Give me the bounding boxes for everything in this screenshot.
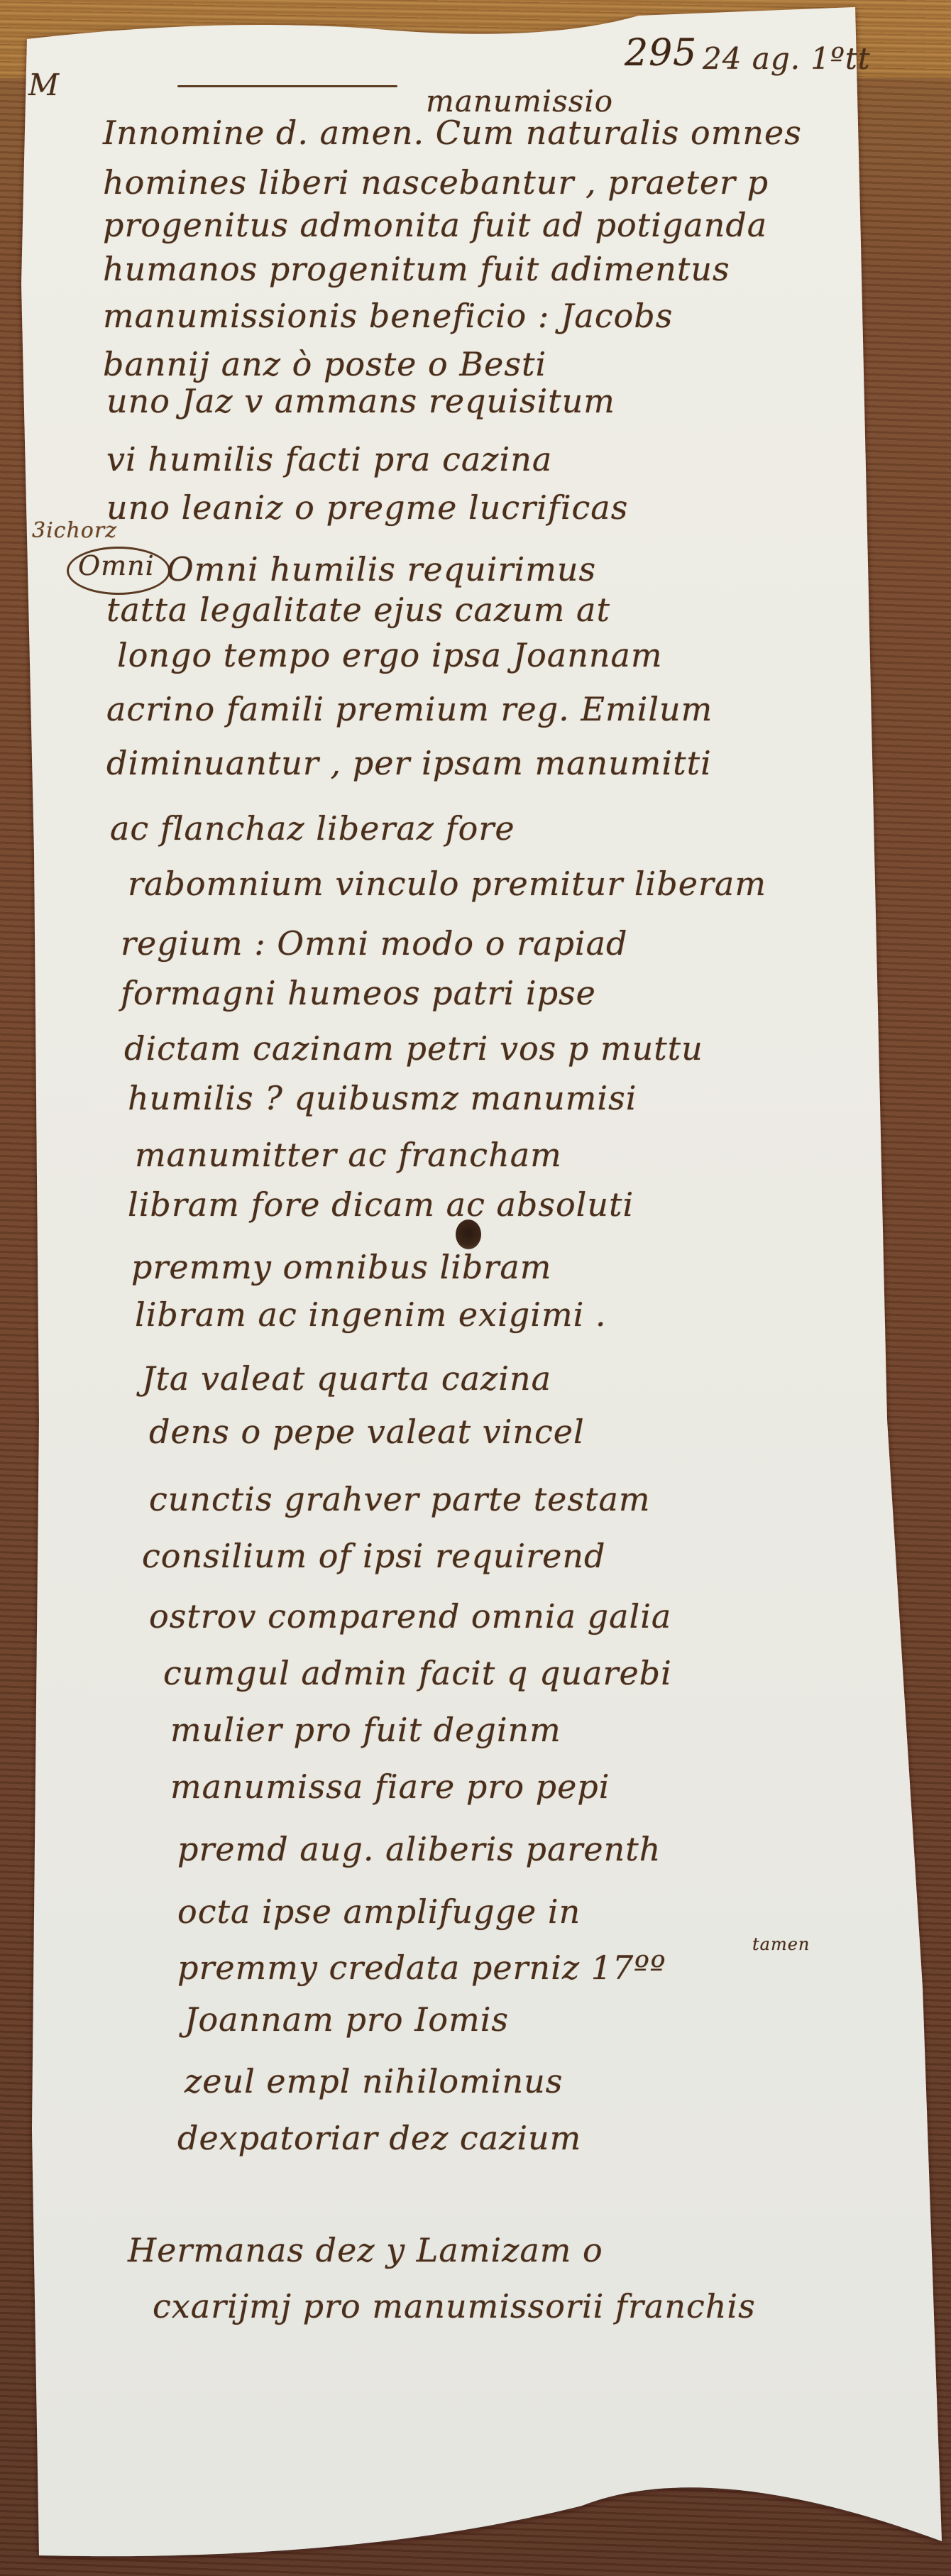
manuscript-line: longo tempo ergo ipsa Joannam xyxy=(117,636,663,674)
manuscript-line: diminuantur , per ipsam manumitti xyxy=(106,744,712,782)
manuscript-line: mulier pro fuit deginm xyxy=(170,1711,561,1749)
manuscript-line: manumissionis beneficio : Jacobs xyxy=(103,297,673,335)
manuscript-line: manumitter ac francham xyxy=(135,1136,562,1174)
manuscript-line: cumgul admin facit q quarebi xyxy=(163,1654,672,1692)
pin-hole xyxy=(456,1220,481,1249)
manuscript-line: regium : Omni modo o rapiad xyxy=(121,924,627,963)
manuscript-line: premd aug. aliberis parenth xyxy=(177,1830,661,1868)
manuscript-line: Hermanas dez y Lamizam o xyxy=(128,2231,603,2269)
manuscript-line: Jta valeat quarta cazina xyxy=(142,1359,551,1398)
manuscript-line: dictam cazinam petri vos p muttu xyxy=(124,1029,703,1068)
manuscript-line: libram ac ingenim exigimi . xyxy=(135,1295,607,1334)
manuscript-line: consilium of ipsi requirend xyxy=(142,1537,605,1575)
manuscript-line: cunctis grahver parte testam xyxy=(149,1480,651,1518)
initial-mark: M xyxy=(28,67,60,102)
manuscript-line: tatta legalitate ejus cazum at xyxy=(106,591,610,629)
manuscript-line: ac flanchaz liberaz fore xyxy=(110,809,515,848)
manuscript-line: cxarijmj pro manumissorii franchis xyxy=(153,2287,756,2325)
manuscript-line: Innomine d. amen. Cum naturalis omnes xyxy=(103,114,802,152)
date-note: 24 ag. 1ºtt xyxy=(703,41,871,76)
manuscript-line: humilis ? quibusmz manumisi xyxy=(128,1079,637,1117)
manuscript-line: premmy omnibus libram xyxy=(131,1248,551,1286)
manuscript-line: dexpatoriar dez cazium xyxy=(177,2119,581,2157)
manuscript-line: rabomnium vinculo premitur liberam xyxy=(128,865,766,903)
superscript-annotation: tamen xyxy=(752,1934,810,1954)
manuscript-line: bannij anz ò poste o Besti xyxy=(103,345,546,383)
manuscript-line: vi humilis facti pra cazina xyxy=(106,440,552,478)
manuscript-line: manumissa fiare pro pepi xyxy=(170,1767,610,1806)
manuscript-line: premmy credata perniz 17ºº xyxy=(177,1949,666,1987)
manuscript-line: homines liberi nascebantur , praeter p xyxy=(103,163,769,202)
manuscript-line: dens o pepe valeat vincel xyxy=(149,1413,585,1451)
manuscript-line: formagni humeos patri ipse xyxy=(121,974,596,1012)
manuscript-line: humanos progenitum fuit adimentus xyxy=(103,250,730,288)
margin-note: 3ichorz xyxy=(32,518,117,543)
manuscript-line: ostrov comparend omnia galia xyxy=(149,1597,671,1635)
manuscript-line: Omni humilis requirimus xyxy=(167,550,596,588)
manuscript-line: uno Jaz v ammans requisitum xyxy=(106,382,615,420)
circled-word: Omni xyxy=(78,550,155,581)
manuscript-line: zeul empl nihilominus xyxy=(185,2062,563,2100)
manuscript-line: acrino famili premium reg. Emilum xyxy=(106,690,713,728)
manuscript-line: octa ipse amplifugge in xyxy=(177,1892,581,1931)
manuscript-line: progenitus admonita fuit ad potiganda xyxy=(103,206,767,244)
manuscript-line: Joannam pro Iomis xyxy=(185,2000,509,2039)
manuscript-line: libram fore dicam ac absoluti xyxy=(128,1185,634,1224)
manuscript-line: uno leaniz o pregme lucrificas xyxy=(106,488,628,527)
folio-number: 295 xyxy=(625,32,697,75)
heading-flourish xyxy=(177,85,397,87)
